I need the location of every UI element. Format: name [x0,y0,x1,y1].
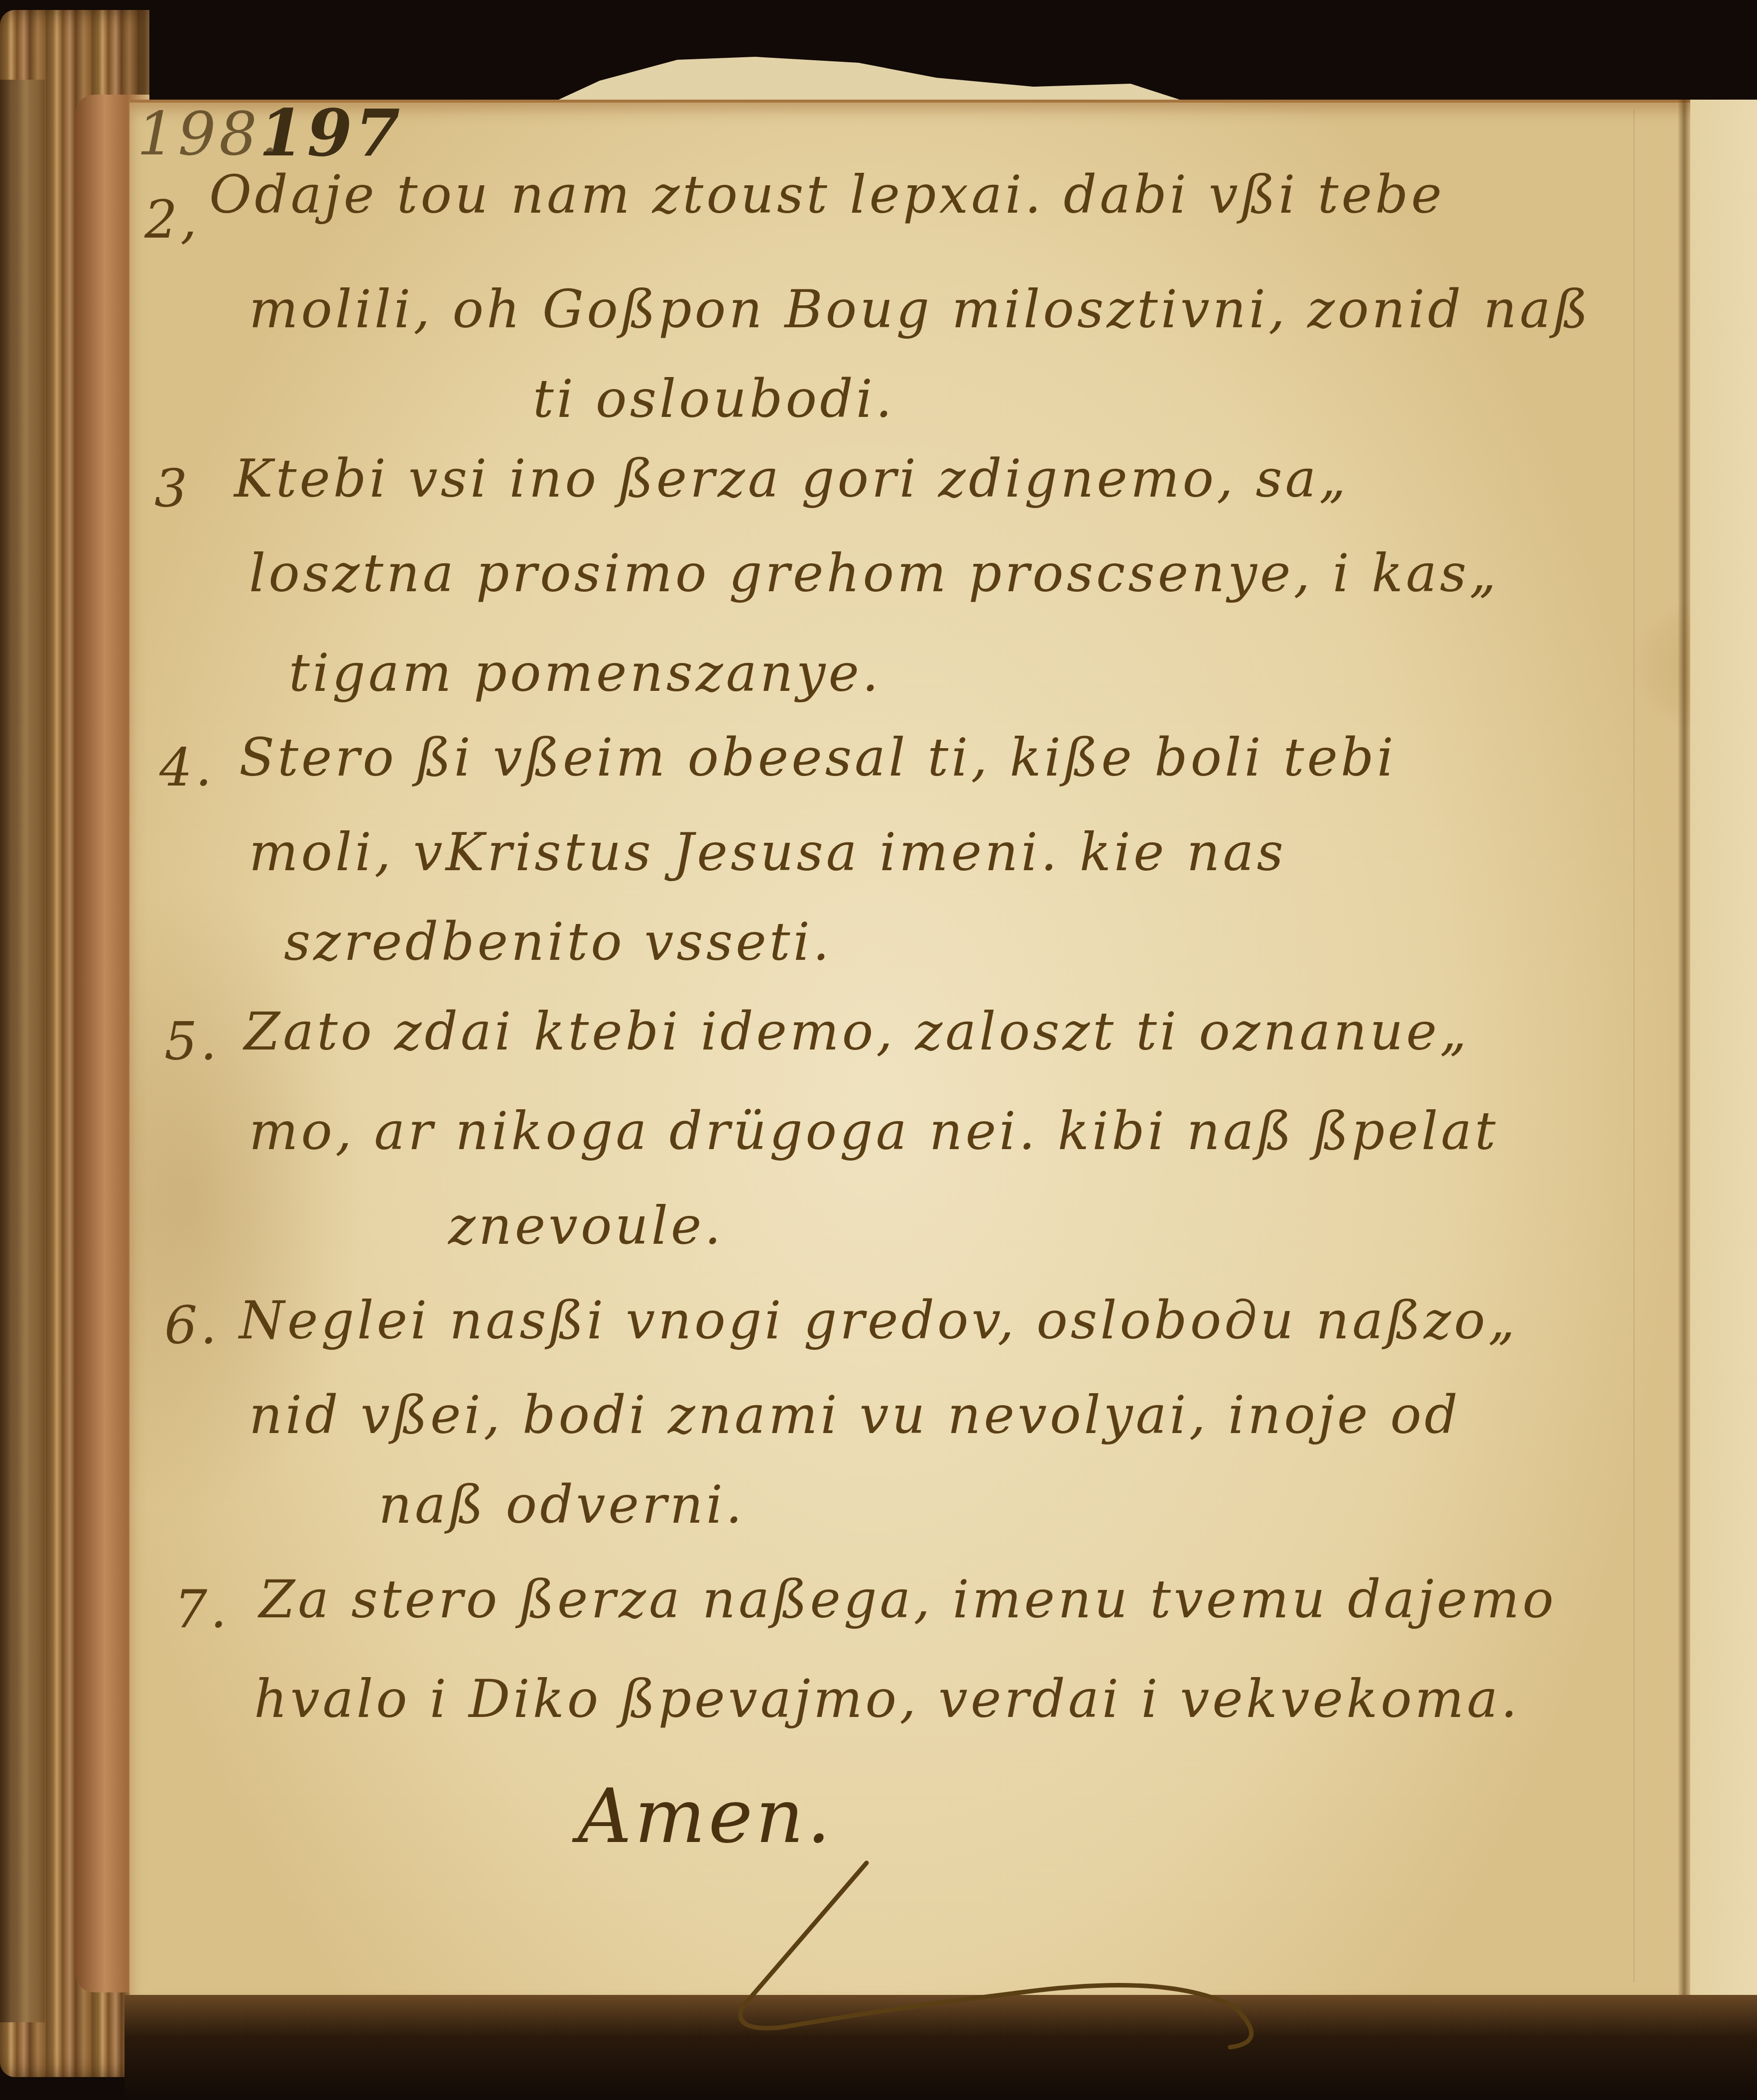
binding-gutter [1678,100,1690,1997]
verse-number: 5. [164,1011,220,1072]
verse-line: losztna prosimo grehom proscsenye, i kas… [249,543,1499,604]
verse-line: moli, vKristus Jesusa imeni. kie nas [249,822,1286,883]
verse-line: ti osloubodi. [533,369,895,429]
verse-number: 6. [164,1295,220,1356]
verse-line: znevoule. [448,1195,724,1256]
verse-line: Odaje tou nam ztoust lepxai. dabi vßi te… [209,164,1445,225]
verse-line: tigam pomenszanye. [289,643,881,703]
verse-number: 7. [174,1579,230,1640]
verse-number: 3 [154,458,190,519]
verse-number: 4. [159,737,215,798]
verse-line: Za stero ßerza naßega, imenu tvemu dajem… [259,1569,1557,1630]
verse-line: nid vßei, bodi znami vu nevolyai, inoje … [249,1385,1461,1445]
verse-line: hvalo i Diko ßpevajmo, verdai i vekvekom… [254,1669,1520,1729]
page-number-corrected: 197 [259,95,403,171]
margin-rule [1633,110,1634,1982]
verse-line: szredbenito vsseti. [284,912,832,972]
verse-number: 2, [144,189,200,250]
verse-line: mo, ar nikoga drügoga nei. kibi naß ßpel… [249,1101,1499,1162]
verse-line: naß odverni. [378,1474,745,1535]
verse-line: Neglei nasßi vnogi gredov, osloboди naßz… [239,1290,1518,1351]
facing-page-edge [1690,100,1757,1997]
torn-page-fragments [0,80,45,2022]
verse-line: Stero ßi vßeim obeesal ti, kiße boli teb… [239,727,1396,788]
verse-line: molili, oh Goßpon Boug milosztivni, zoni… [249,279,1591,340]
calligraphic-flourish-icon [722,1843,1419,2052]
verse-line: Zato zdai ktebi idemo, zaloszt ti oznanu… [244,1001,1470,1062]
verse-line: Ktebi vsi ino ßerza gori zdignemo, sa„ [234,448,1349,509]
